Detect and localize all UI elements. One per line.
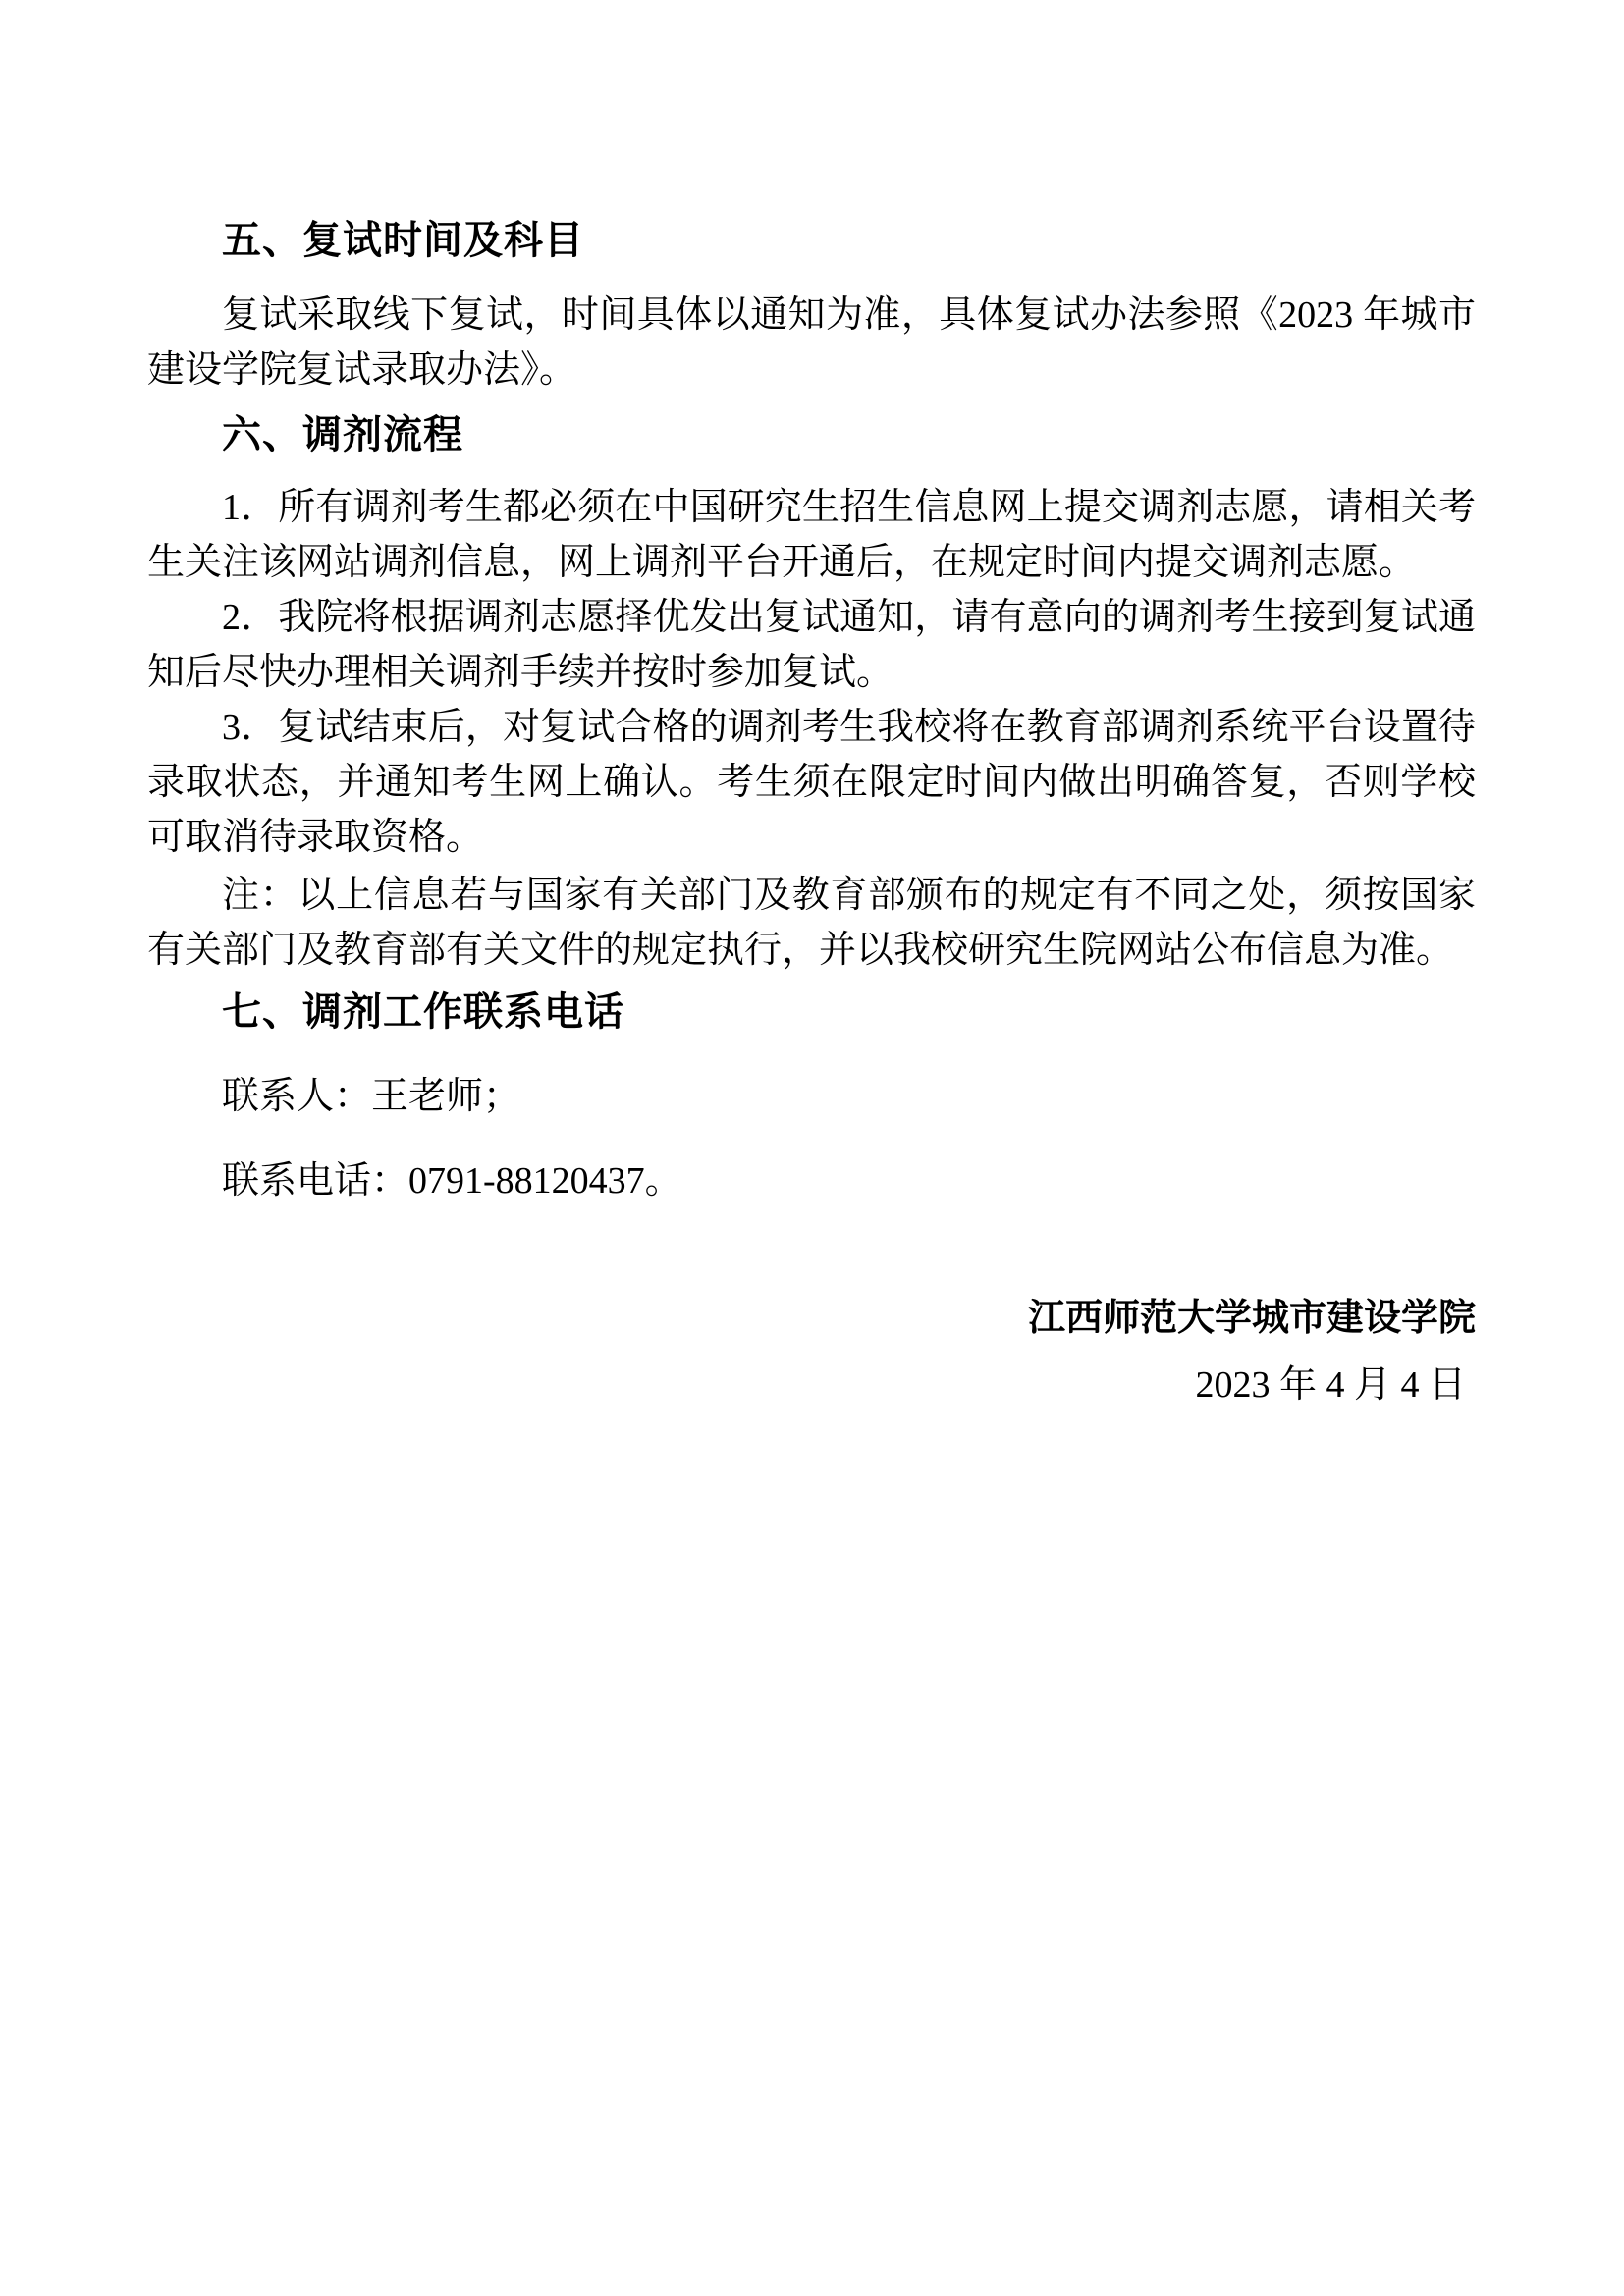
adjustment-step-1: 1．所有调剂考生都必须在中国研究生招生信息网上提交调剂志愿，请相关考生关注该网站… (147, 480, 1476, 590)
signature-block: 江西师范大学城市建设学院 2023 年 4 月 4 日 (147, 1291, 1476, 1413)
section-five-paragraph: 复试采取线下复试，时间具体以通知为准，具体复试办法参照《2023 年城市建设学院… (147, 288, 1476, 398)
contact-phone-line: 联系电话：0791-88120437。 (147, 1153, 1476, 1208)
document-page: 五、复试时间及科目 复试采取线下复试，时间具体以通知为准，具体复试办法参照《20… (0, 0, 1624, 2296)
adjustment-step-2: 2．我院将根据调剂志愿择优发出复试通知，请有意向的调剂考生接到复试通知后尽快办理… (147, 590, 1476, 700)
section-heading-seven: 七、调剂工作联系电话 (147, 985, 1476, 1040)
signature-organization: 江西师范大学城市建设学院 (147, 1291, 1476, 1346)
note-paragraph: 注：以上信息若与国家有关部门及教育部颁布的规定有不同之处，须按国家有关部门及教育… (147, 868, 1476, 978)
section-heading-six: 六、调剂流程 (147, 407, 1476, 462)
contact-person-line: 联系人：王老师； (147, 1069, 1476, 1124)
signature-date: 2023 年 4 月 4 日 (147, 1358, 1476, 1413)
adjustment-step-3: 3．复试结束后，对复试合格的调剂考生我校将在教育部调剂系统平台设置待录取状态，并… (147, 700, 1476, 865)
section-heading-five: 五、复试时间及科目 (147, 213, 1476, 268)
